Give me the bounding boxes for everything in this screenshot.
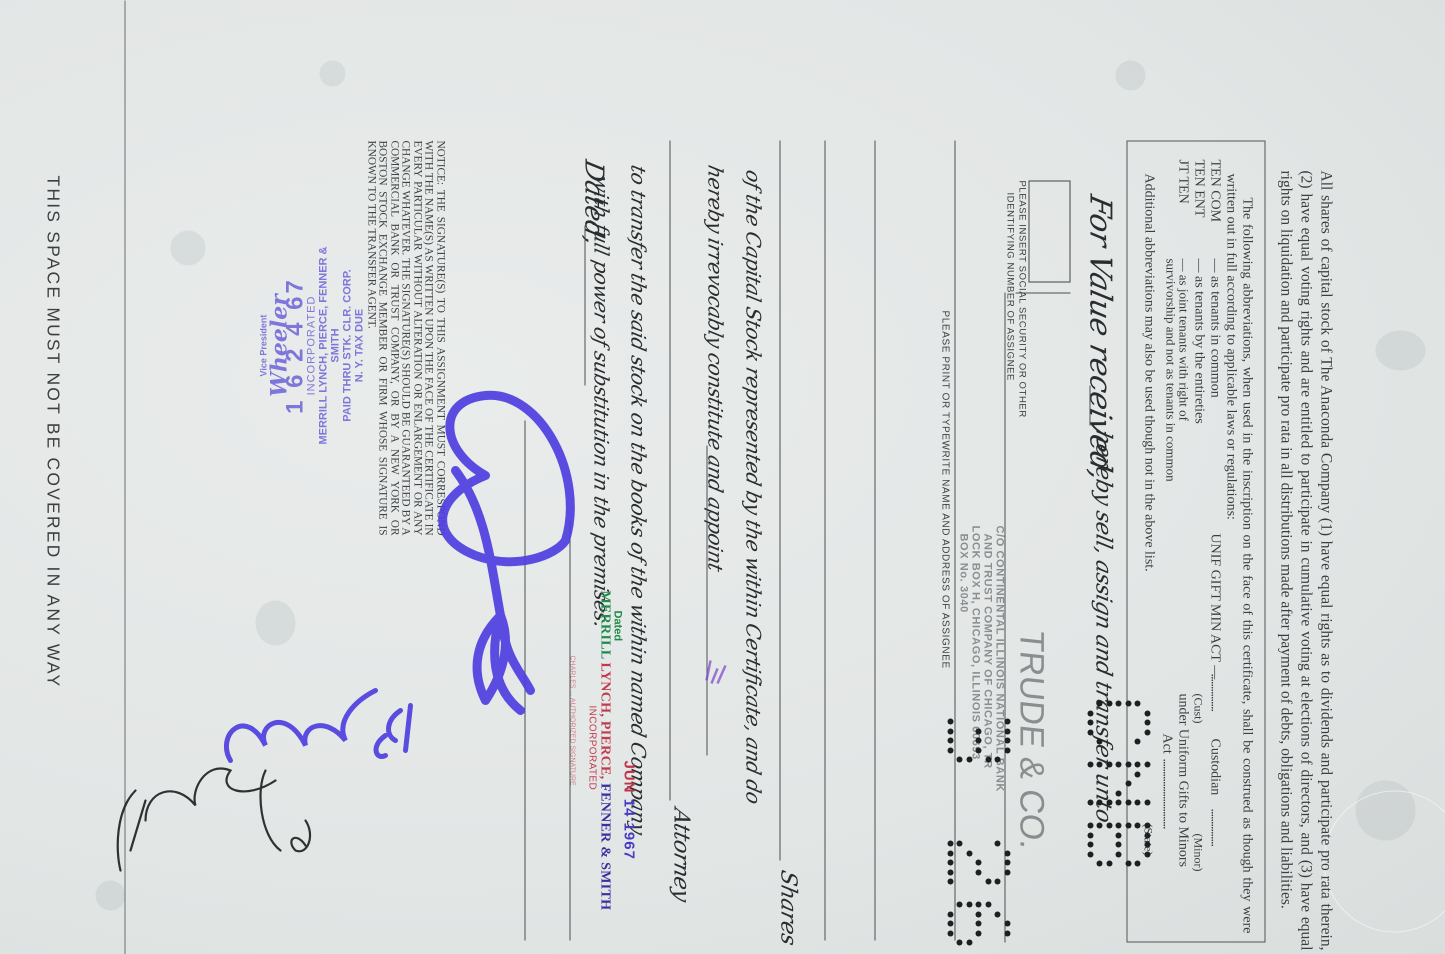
perforation-hole bbox=[1144, 822, 1150, 828]
perforation-hole bbox=[947, 718, 953, 724]
perforation-hole bbox=[947, 869, 953, 875]
attorney-line-1[interactable] bbox=[706, 445, 707, 755]
perforation-hole bbox=[1125, 761, 1131, 767]
perforation-hole bbox=[1106, 761, 1112, 767]
perforation-hole bbox=[1097, 761, 1103, 767]
tax-stamp-line: MERRILL LYNCH, PIERCE, FENNER & SMITH bbox=[317, 235, 341, 455]
perforation-hole bbox=[1097, 822, 1103, 828]
perforation-hole bbox=[1116, 700, 1122, 706]
margin-warning: THIS SPACE MUST NOT BE COVERED IN ANY WA… bbox=[42, 175, 63, 825]
perforation-hole bbox=[1144, 832, 1150, 838]
perforation-hole bbox=[1125, 700, 1131, 706]
perforation-hole bbox=[1106, 822, 1112, 828]
attorney-line-2[interactable] bbox=[669, 140, 670, 800]
abbrev-code: TEN COM bbox=[1206, 159, 1222, 222]
perforation-hole bbox=[1097, 700, 1103, 706]
perforation-hole bbox=[976, 747, 982, 753]
perforation-hole bbox=[1144, 729, 1150, 735]
perforation-hole bbox=[1087, 841, 1093, 847]
tax-stamp-date-code: 1 6 2 4 67 bbox=[289, 235, 301, 455]
perforation-hole bbox=[995, 878, 1001, 884]
document-photo: All shares of capital stock of The Anaco… bbox=[0, 0, 1445, 954]
perforation-hole bbox=[1087, 851, 1093, 857]
perforation-hole bbox=[1116, 832, 1122, 838]
perforation-hole bbox=[1004, 859, 1010, 865]
assignee-line-4[interactable] bbox=[824, 140, 825, 940]
dated-line[interactable] bbox=[584, 225, 585, 385]
shares-label: Shares bbox=[775, 867, 800, 947]
perforation-hole bbox=[985, 878, 991, 884]
minor-blank: ............... bbox=[1206, 808, 1222, 846]
perforation-hole bbox=[947, 850, 953, 856]
perforation-hole bbox=[947, 747, 953, 753]
perforation-hole bbox=[976, 728, 982, 734]
rule bbox=[1089, 385, 1090, 425]
minor-caption: (Minor) bbox=[1190, 833, 1206, 871]
abbrev-meaning: — as tenants in common bbox=[1206, 258, 1222, 397]
uniform-gifts-line: under Uniform Gifts to Minors bbox=[1174, 693, 1190, 866]
cust-caption: (Cust) bbox=[1190, 693, 1206, 723]
perforation-cancellation bbox=[900, 700, 1150, 940]
perforation-hole bbox=[1135, 799, 1141, 805]
perforation-hole bbox=[947, 930, 953, 936]
ssn-caption-1: PLEASE INSERT SOCIAL SECURITY OR OTHER bbox=[1016, 180, 1027, 417]
perforation-hole bbox=[1106, 799, 1112, 805]
perforation-hole bbox=[976, 911, 982, 917]
perforation-hole bbox=[1125, 799, 1131, 805]
tax-stamp-line: N. Y. TAX DUE bbox=[353, 235, 365, 455]
perforation-hole bbox=[1087, 761, 1093, 767]
abbrev-meaning: — as tenants by the entireties bbox=[1190, 258, 1206, 423]
perforation-hole bbox=[995, 840, 1001, 846]
perforation-hole bbox=[1004, 728, 1010, 734]
perforation-hole bbox=[1087, 832, 1093, 838]
perforation-hole bbox=[1004, 718, 1010, 724]
notice-text: NOTICE: THE SIGNATURE(S) TO THIS ASSIGNM… bbox=[365, 140, 446, 535]
ink-smudge bbox=[706, 660, 725, 683]
perforation-hole bbox=[1004, 930, 1010, 936]
stain bbox=[1115, 60, 1145, 90]
cust-blank: ............... bbox=[1206, 673, 1222, 711]
tax-stamp: Vice President Wheeler 1 6 2 4 67 INCORP… bbox=[257, 235, 365, 455]
perforation-hole bbox=[1135, 761, 1141, 767]
perforation-hole bbox=[1144, 719, 1150, 725]
abbrev-code: JT TEN bbox=[1174, 159, 1190, 203]
abbrev-code: TEN ENT bbox=[1190, 159, 1206, 217]
perforation-hole bbox=[1116, 799, 1122, 805]
capital-stock-text: of the Capital Stock represented by the … bbox=[741, 167, 765, 805]
guarantee-firm-name: MERRILL LYNCH, PIERCE, FENNER & SMITH bbox=[596, 590, 612, 910]
act-label: Act bbox=[1158, 733, 1174, 753]
perforation-hole bbox=[1087, 822, 1093, 828]
perforation-hole bbox=[1097, 860, 1103, 866]
print-name-caption: PLEASE PRINT OR TYPEWRITE NAME AND ADDRE… bbox=[939, 310, 950, 668]
perforation-hole bbox=[1116, 841, 1122, 847]
rights-paragraph: All shares of capital stock of The Anaco… bbox=[1275, 170, 1335, 950]
perforation-hole bbox=[1004, 850, 1010, 856]
tax-stamp-line: PAID THRU STK. CLR. CORP. bbox=[341, 235, 353, 455]
perforation-hole bbox=[1087, 799, 1093, 805]
perforation-hole bbox=[1106, 860, 1112, 866]
perforation-hole bbox=[947, 728, 953, 734]
stain bbox=[95, 880, 125, 910]
perforation-hole bbox=[966, 939, 972, 945]
perforation-hole bbox=[985, 756, 991, 762]
perforation-hole bbox=[1144, 710, 1150, 716]
shares-line[interactable] bbox=[779, 140, 780, 860]
perforation-hole bbox=[976, 920, 982, 926]
perforation-hole bbox=[1106, 700, 1112, 706]
stain bbox=[319, 60, 345, 86]
margin-rule bbox=[124, 0, 125, 954]
perforation-hole bbox=[1004, 920, 1010, 926]
authorized-signature-caption: CHARLES ... AUTHORIZED SIGNATURE bbox=[567, 655, 575, 785]
ssn-caption-2: IDENTIFYING NUMBER OF ASSIGNEE bbox=[1004, 192, 1015, 381]
perforation-hole bbox=[976, 859, 982, 865]
perforation-hole bbox=[947, 920, 953, 926]
perforation-hole bbox=[1087, 710, 1093, 716]
act-blank: ............................ bbox=[1158, 758, 1174, 828]
rule bbox=[1015, 292, 1070, 293]
perforation-hole bbox=[1135, 771, 1141, 777]
attorney-label: Attorney bbox=[668, 805, 693, 903]
perforation-hole bbox=[1116, 851, 1122, 857]
perforation-hole bbox=[1135, 860, 1141, 866]
perforation-hole bbox=[966, 850, 972, 856]
perforation-hole bbox=[976, 930, 982, 936]
assignee-line-3[interactable] bbox=[874, 140, 875, 940]
perforation-hole bbox=[1135, 738, 1141, 744]
watermark-circle bbox=[1323, 790, 1445, 932]
perforation-hole bbox=[1135, 700, 1141, 706]
perforation-hole bbox=[1125, 780, 1131, 786]
black-signature-icon bbox=[117, 768, 309, 870]
abbreviations-intro: The following abbreviations, when used i… bbox=[1222, 173, 1254, 933]
guarantee-dated-label: Dated bbox=[611, 610, 623, 641]
perforation-hole bbox=[947, 840, 953, 846]
dated-label: Dated, bbox=[578, 157, 608, 247]
perforation-hole bbox=[1144, 761, 1150, 767]
blue-signature-icon bbox=[226, 690, 410, 760]
perforation-hole bbox=[947, 859, 953, 865]
perforation-hole bbox=[1135, 822, 1141, 828]
perforation-hole bbox=[1097, 738, 1103, 744]
firm-part: LYNCH, PIERCE, bbox=[597, 662, 612, 779]
perforation-hole bbox=[947, 911, 953, 917]
perforation-hole bbox=[1116, 790, 1122, 796]
guarantee-incorporated: INCORPORATED bbox=[586, 705, 597, 790]
signature-line-2[interactable] bbox=[524, 420, 525, 940]
perforation-hole bbox=[1097, 799, 1103, 805]
perforation-hole bbox=[1004, 747, 1010, 753]
perforation-hole bbox=[1087, 719, 1093, 725]
transfer-text: to transfer the said stock on the books … bbox=[626, 162, 650, 836]
custodian-label: Custodian bbox=[1206, 738, 1222, 795]
perforation-hole bbox=[947, 737, 953, 743]
perforation-hole bbox=[995, 911, 1001, 917]
tax-stamp-line: INCORPORATED bbox=[305, 235, 317, 455]
unif-gift-label: UNIF GIFT MIN ACT — bbox=[1206, 533, 1222, 679]
stain bbox=[170, 230, 205, 265]
perforation-hole bbox=[957, 901, 963, 907]
perforation-hole bbox=[1125, 860, 1131, 866]
perforation-hole bbox=[957, 939, 963, 945]
perforation-hole bbox=[1144, 851, 1150, 857]
perforation-hole bbox=[1144, 799, 1150, 805]
perforation-hole bbox=[957, 756, 963, 762]
perforation-hole bbox=[976, 901, 982, 907]
firm-part: FENNER & SMITH bbox=[597, 783, 612, 910]
perforation-hole bbox=[1087, 729, 1093, 735]
firm-part: MERRILL bbox=[597, 590, 612, 658]
perforation-hole bbox=[1004, 737, 1010, 743]
guarantee-date: JUN JUN 14 196714 1967 bbox=[620, 760, 637, 859]
perforation-hole bbox=[1116, 761, 1122, 767]
perforation-hole bbox=[1144, 841, 1150, 847]
perforation-hole bbox=[966, 756, 972, 762]
perforation-hole bbox=[976, 869, 982, 875]
abbreviations-footer: Additional abbreviations may also be use… bbox=[1140, 173, 1156, 571]
stain bbox=[1375, 330, 1425, 370]
stain bbox=[255, 600, 295, 645]
certificate-back: All shares of capital stock of The Anaco… bbox=[0, 0, 1445, 954]
ssn-box[interactable] bbox=[1028, 180, 1070, 282]
perforation-hole bbox=[976, 737, 982, 743]
perforation-hole bbox=[995, 756, 1001, 762]
perforation-hole bbox=[1116, 822, 1122, 828]
perforation-hole bbox=[957, 840, 963, 846]
perforation-hole bbox=[985, 901, 991, 907]
perforation-hole bbox=[1004, 869, 1010, 875]
perforation-hole bbox=[1125, 822, 1131, 828]
perforation-hole bbox=[966, 901, 972, 907]
heart-drawing-icon bbox=[442, 395, 570, 710]
perforation-hole bbox=[947, 878, 953, 884]
